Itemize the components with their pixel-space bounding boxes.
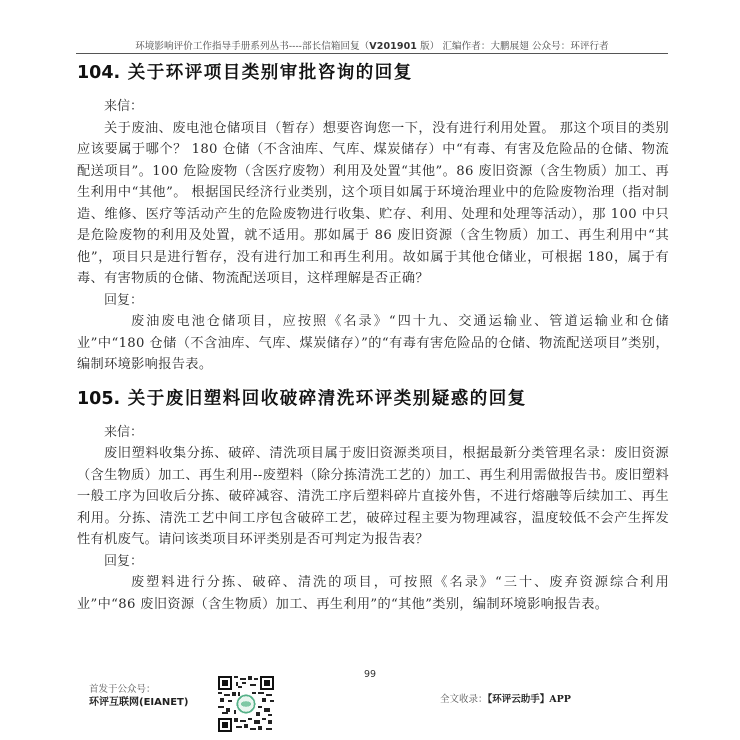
running-header: 环境影响评价工作指导手册系列丛书----部长信箱回复（V201901 版） 汇编… (76, 38, 668, 52)
footer-collection: 全文收录：【环评云助手】APP (440, 691, 571, 705)
header-version: V201901 (369, 41, 417, 52)
reply-body: 废塑料进行分拣、破碎、清洗的项目，可按照《名录》“三十、废弃资源综合利用业”中“… (77, 572, 669, 615)
header-text-before: 环境影响评价工作指导手册系列丛书----部长信箱回复（ (135, 41, 369, 52)
page-number: 99 (0, 669, 740, 680)
section-title: 104. 关于环评项目类别审批咨询的回复 (77, 60, 669, 86)
letter-body: 废旧塑料收集分拣、破碎、清洗项目属于废旧资源类项目，根据最新分类管理名录：废旧资… (77, 443, 669, 551)
section-heading-text: 关于废旧塑料回收破碎清洗环评类别疑惑的回复 (120, 389, 527, 409)
qr-code-icon (218, 676, 274, 732)
header-divider (76, 53, 668, 54)
brand-en: (EIANET) (139, 697, 188, 708)
letter-label: 来信： (77, 96, 669, 118)
publisher-brand: 环评互联网(EIANET) (89, 696, 188, 709)
section-104: 104. 关于环评项目类别审批咨询的回复 来信： 关于废油、废电池仓储项目（暂存… (77, 60, 669, 376)
section-105: 105. 关于废旧塑料回收破碎清洗环评类别疑惑的回复 来信： 废旧塑料收集分拣、… (77, 386, 669, 616)
section-number: 105. (77, 389, 120, 409)
brand-cn: 环评互联网 (89, 697, 139, 708)
collection-label: 全文收录： (440, 694, 488, 705)
section-number: 104. (77, 63, 120, 83)
letter-label: 来信： (77, 422, 669, 444)
footer-publisher: 首发于公众号： 环评互联网(EIANET) (89, 683, 188, 709)
section-heading-text: 关于环评项目类别审批咨询的回复 (120, 63, 413, 83)
page-content: 104. 关于环评项目类别审批咨询的回复 来信： 关于废油、废电池仓储项目（暂存… (77, 60, 669, 615)
reply-label: 回复： (77, 551, 669, 573)
letter-body: 关于废油、废电池仓储项目（暂存）想要咨询您一下，没有进行利用处置。 那这个项目的… (77, 118, 669, 290)
collection-app: 【环评云助手】APP (488, 694, 571, 705)
section-title: 105. 关于废旧塑料回收破碎清洗环评类别疑惑的回复 (77, 386, 669, 412)
reply-label: 回复： (77, 290, 669, 312)
header-text-after: 版） 汇编作者：大鹏展翅 公众号：环评行者 (417, 41, 609, 52)
reply-body: 废油废电池仓储项目，应按照《名录》“四十九、交通运输业、管道运输业和仓储业”中“… (77, 311, 669, 376)
first-published-label: 首发于公众号： (89, 683, 188, 696)
